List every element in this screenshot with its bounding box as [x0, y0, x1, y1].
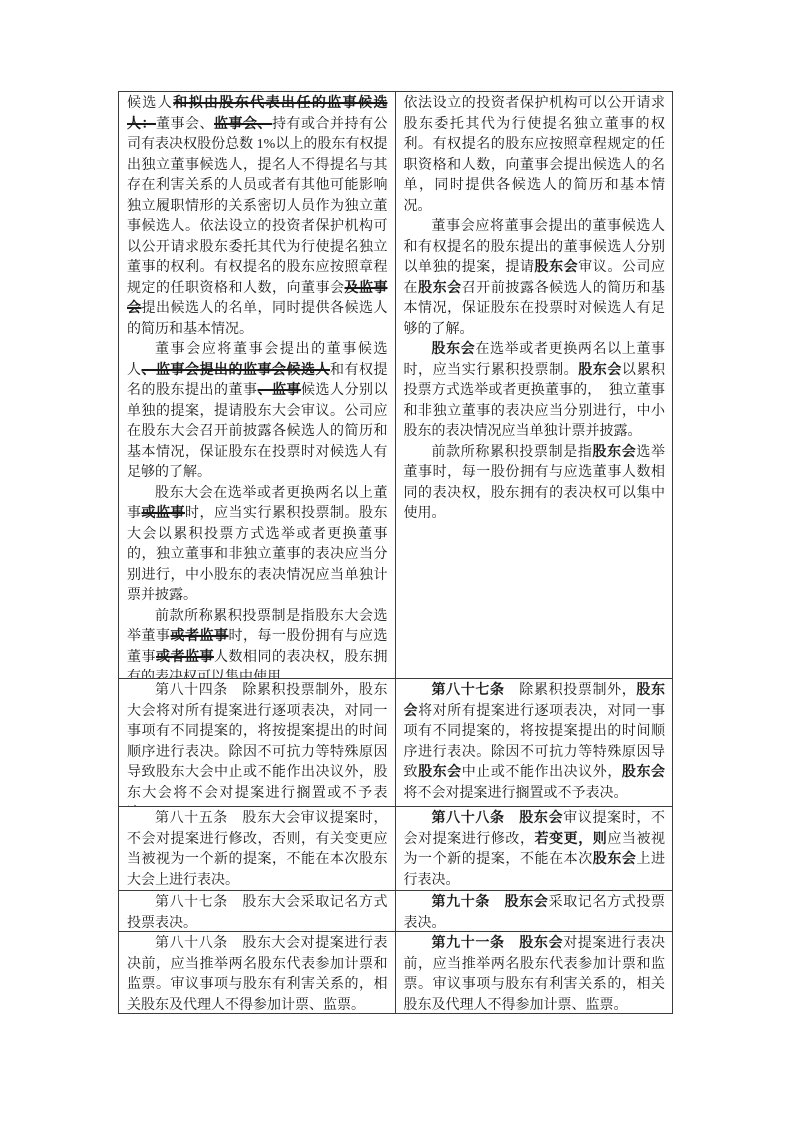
text-run: 提出候选人的名单，同时提供各候选人的简历和基本情况。 [127, 301, 388, 337]
table-cell-right: 依法设立的投资者保护机构可以公开请求股东委托其代为行使提名独立董事的权利。有权提… [396, 92, 673, 678]
inserted-text-run: 股东会 [592, 445, 636, 460]
table-cell-left: 第八十七条 股东大会采取记名方式投票表决。 [119, 891, 396, 931]
paragraph: 第八十五条 股东大会审议提案时，不会对提案进行修改，否则，有关变更应当被视为一个… [127, 809, 388, 890]
paragraph: 第八十八条 股东会审议提案时，不会对提案进行修改，若变更，则应当被视为一个新的提… [404, 809, 666, 890]
text-run: 候选人 [127, 96, 173, 111]
inserted-text-run: 股东会 [578, 363, 622, 378]
text-run: 持有或合并持有公司有表决权股份总数 1%以上的股东有权提出独立董事候选人，提名人… [127, 117, 388, 296]
table-cell-right: 第九十一条 股东会对提案进行表决前，应当推举两名股东代表参加计票和监票。审议事项… [396, 932, 673, 1013]
inserted-text-run: 股东会 [593, 852, 637, 867]
table-row: 候选人和拟由股东代表出任的监事候选人：董事会、监事会、持有或合并持有公司有表决权… [119, 92, 672, 679]
text-run: 前款所称累积投票制是指 [432, 445, 593, 460]
paragraph: 前款所称累积投票制是指股东会选举董事时，每一股份拥有与应选董事人数相同的表决权，… [404, 443, 666, 525]
paragraph: 第九十一条 股东会对提案进行表决前，应当推举两名股东代表参加计票和监票。审议事项… [404, 934, 666, 1013]
table-cell-right: 第八十七条 除累积投票制外，股东会将对所有提案进行逐项表决，对同一事项有不同提案… [396, 679, 673, 806]
table-row: 第八十四条 除累积投票制外，股东大会将对所有提案进行逐项表决，对同一事项有不同提… [119, 679, 672, 807]
inserted-text-run: 第八十八条 股东会 [432, 811, 564, 826]
table-row: 第八十五条 股东大会审议提案时，不会对提案进行修改，否则，有关变更应当被视为一个… [119, 807, 672, 891]
text-run: 董事会、 [156, 117, 214, 132]
deleted-text-run: 或监事 [142, 506, 186, 521]
paragraph: 第八十七条 除累积投票制外，股东会将对所有提案进行逐项表决，对同一事项有不同提案… [404, 681, 666, 804]
table-cell-left: 候选人和拟由股东代表出任的监事候选人：董事会、监事会、持有或合并持有公司有表决权… [119, 92, 396, 678]
inserted-text-run: 若变更，则 [535, 832, 608, 847]
text-run: 第八十七条 股东大会采取记名方式投票表决。 [127, 895, 388, 931]
paragraph: 依法设立的投资者保护机构可以公开请求股东委托其代为行使提名独立董事的权利。有权提… [404, 94, 666, 217]
text-run: 除累积投票制外， [505, 683, 637, 698]
table-cell-right: 第九十条 股东会采取记名方式投票表决。 [396, 891, 673, 931]
table-cell-left: 第八十五条 股东大会审议提案时，不会对提案进行修改，否则，有关变更应当被视为一个… [119, 807, 396, 890]
paragraph: 股东大会在选举或者更换两名以上董事或监事时，应当实行累积投票制。股东大会以累积投… [127, 484, 388, 607]
paragraph: 第八十七条 股东大会采取记名方式投票表决。 [127, 893, 388, 931]
inserted-text-run: 股东会 [418, 281, 462, 296]
paragraph: 第八十八条 股东大会对提案进行表决前，应当推举两名股东代表参加计票和监票。审议事… [127, 934, 388, 1013]
paragraph: 董事会应将董事会提出的董事候选人、监事会提出的监事会候选人和有权提名的股东提出的… [127, 340, 388, 484]
deleted-text-run: 、监事会提出的监事会候选人 [142, 363, 331, 378]
paragraph: 候选人和拟由股东代表出任的监事候选人：董事会、监事会、持有或合并持有公司有表决权… [127, 94, 388, 340]
inserted-text-run: 股东会 [432, 342, 476, 357]
text-run: 将不会对提案进行搁置或不予表决。 [404, 786, 628, 801]
paragraph: 股东会在选举或者更换两名以上董事时，应当实行累积投票制。股东会以累积投票方式选举… [404, 340, 666, 443]
text-run: 依法设立的投资者保护机构可以公开请求股东委托其代为行使提名独立董事的权利。有权提… [404, 96, 666, 214]
deleted-text-run: 或者监事 [171, 629, 229, 644]
paragraph: 第九十条 股东会采取记名方式投票表决。 [404, 893, 666, 931]
document-page: 候选人和拟由股东代表出任的监事候选人：董事会、监事会、持有或合并持有公司有表决权… [0, 0, 794, 1122]
inserted-text-run: 第九十条 股东会 [432, 895, 549, 910]
deleted-text-run: 、监事 [258, 383, 302, 398]
table-cell-right: 第八十八条 股东会审议提案时，不会对提案进行修改，若变更，则应当被视为一个新的提… [396, 807, 673, 890]
paragraph: 第八十四条 除累积投票制外，股东大会将对所有提案进行逐项表决，对同一事项有不同提… [127, 681, 388, 806]
text-run: 第八十八条 股东大会对提案进行表决前，应当推举两名股东代表参加计票和监票。审议事… [127, 936, 388, 1013]
inserted-text-run: 股东会 [535, 260, 579, 275]
table-cell-left: 第八十四条 除累积投票制外，股东大会将对所有提案进行逐项表决，对同一事项有不同提… [119, 679, 396, 806]
inserted-text-run: 股东会 [622, 765, 665, 780]
inserted-text-run: 股东会 [418, 765, 462, 780]
inserted-text-run: 第九十一条 股东会 [432, 936, 564, 951]
comparison-table: 候选人和拟由股东代表出任的监事候选人：董事会、监事会、持有或合并持有公司有表决权… [118, 91, 673, 1014]
paragraph: 前款所称累积投票制是指股东大会选举董事或者监事时，每一股份拥有与应选董事或者监事… [127, 607, 388, 679]
table-cell-left: 第八十八条 股东大会对提案进行表决前，应当推举两名股东代表参加计票和监票。审议事… [119, 932, 396, 1013]
table-row: 第八十七条 股东大会采取记名方式投票表决。第九十条 股东会采取记名方式投票表决。 [119, 891, 672, 932]
text-run: 第八十四条 除累积投票制外，股东大会将对所有提案进行逐项表决，对同一事项有不同提… [127, 683, 388, 806]
deleted-text-run: 监事会、 [214, 117, 272, 132]
text-run: 中止或不能作出决议外， [462, 765, 622, 780]
table-row: 第八十八条 股东大会对提案进行表决前，应当推举两名股东代表参加计票和监票。审议事… [119, 932, 672, 1013]
paragraph: 董事会应将董事会提出的董事候选人和有权提名的股东提出的董事候选人分别以单独的提案… [404, 217, 666, 340]
text-run: 第八十五条 股东大会审议提案时，不会对提案进行修改，否则，有关变更应当被视为一个… [127, 811, 388, 888]
deleted-text-run: 或者监事 [156, 650, 214, 665]
inserted-text-run: 第八十七条 [432, 683, 505, 698]
